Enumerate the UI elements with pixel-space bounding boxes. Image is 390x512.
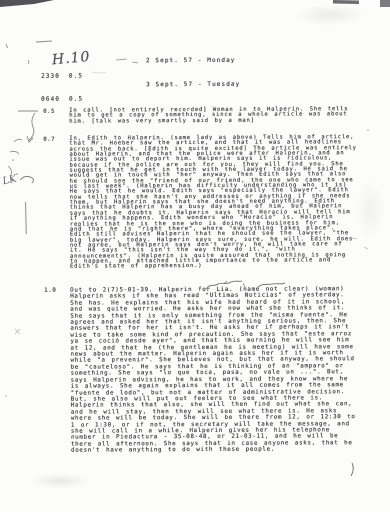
- entry-number: 0.5: [43, 109, 69, 115]
- log-entry: 0.5 In call. [not entirely recorded] Wom…: [43, 107, 361, 125]
- log-time-row-2: 06400.5: [41, 96, 83, 103]
- time-value: 2330: [41, 73, 60, 80]
- margin-initials: LK: [2, 174, 18, 188]
- log-entry: 0.7 In, Edith to Halperin. (same lady as…: [43, 135, 362, 270]
- entry-number: 1.0: [44, 288, 70, 294]
- time-value: 0640: [41, 96, 60, 103]
- log-entry: 1.0 Out to 2(7)5-01-39. Halperin for Lia…: [44, 286, 363, 454]
- log-time-row-1: 23300.5: [41, 73, 83, 80]
- typed-content: H.10 2 Sept. 57 - Monday 23300.5 3 Sept.…: [0, 0, 390, 512]
- reel-count: 0.5: [69, 73, 83, 80]
- scanned-document-page: H.10 2 Sept. 57 - Monday 23300.5 3 Sept.…: [0, 0, 390, 512]
- entry-text: In, Edith to Halperin. (same lady as abo…: [69, 135, 358, 270]
- handwritten-page-number: H.10: [51, 49, 91, 68]
- log-date-tuesday: 3 Sept. 57 - Tuesday: [146, 81, 240, 88]
- entry-number: 0.7: [43, 137, 69, 143]
- entry-text: In call. [not entirely recorded] Woman i…: [69, 107, 357, 125]
- reel-count: 0.5: [69, 96, 83, 103]
- entry-text: Out to 2(7)5-01-39. Halperin for Lia. (n…: [70, 286, 359, 454]
- log-date-monday: 2 Sept. 57 - Monday: [146, 57, 236, 64]
